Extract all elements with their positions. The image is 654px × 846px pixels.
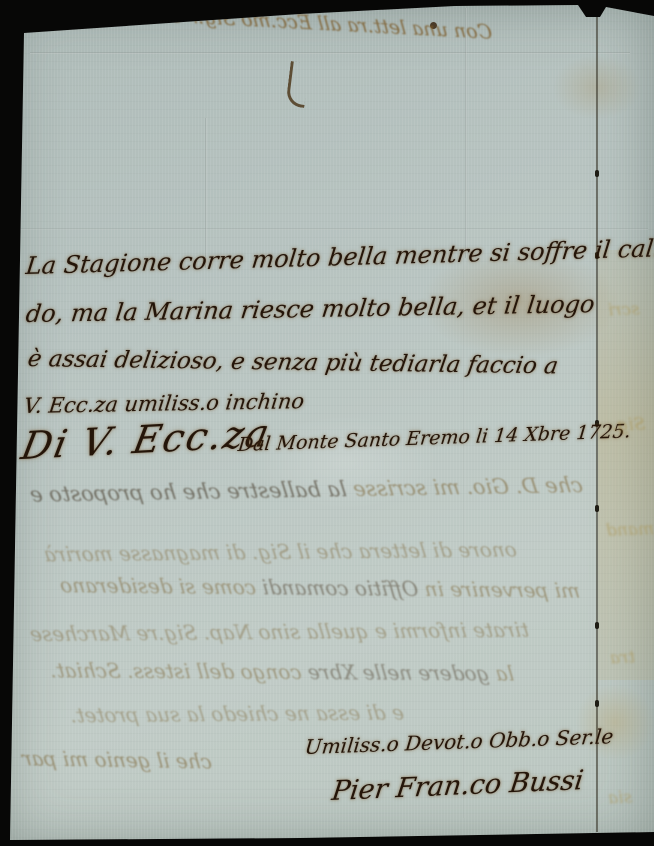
bleedthrough-fragment-dark: godere nelle Xbre [307,660,491,685]
bleedthrough-edge-fragment: sia [608,788,633,809]
bleedthrough-line: tirate informi e quella sino Nap. Sig.re… [29,618,531,646]
bleedthrough-address: Con una lett.ra all Ecc.mo Sig.r Card.le [111,2,493,44]
stitch-mark [595,700,599,707]
bleedthrough-fragment-dark: Offitio comandi [261,575,419,601]
fold-crease-horizontal [12,228,648,230]
bleedthrough-line: che il genio mi par [21,746,213,773]
bleedthrough-line: e di essa ne chiedo la sua protet. [69,701,405,728]
bleedthrough-edge-fragment: Sig. [612,414,646,435]
letter-valediction: Di V. Ecc.za [18,411,275,469]
bleedthrough-fragment: come si desiderano [59,573,263,599]
bleedthrough-line: che D. Gio. mi scrisse la ballestre che … [29,473,585,507]
fold-crease-vertical [205,118,207,268]
pen-stroke-descender [285,61,309,108]
letter-body-line: è assai delizioso, e senza più tediarla … [26,346,560,379]
letter-page: Con una lett.ra all Ecc.mo Sig.r Card.le… [0,0,654,846]
bleedthrough-fragment: la [488,661,515,685]
stitch-mark [595,622,599,629]
bleedthrough-fragment: che D. Gio. mi scrisse [345,473,584,501]
bleedthrough-fragment: congo dell istess. Schiat. [49,658,309,684]
bleedthrough-line: mi pervenire in Offitio comandi come si … [59,573,581,602]
bleedthrough-fragment-dark: la ballestre che ho proposto e [29,477,348,506]
bleedthrough-edge-fragment: mand [606,519,654,541]
bleedthrough-line: onore di lettera che il Sig. di magnasse… [43,538,518,567]
letter-body-line: do, ma la Marina riesce molto bella, et … [24,290,596,328]
letter-closing: Umiliss.o Devot.o Obb.o Ser.le [304,724,615,759]
stitch-mark [595,505,599,512]
bleedthrough-edge-fragment: scri [608,299,640,320]
stitch-mark [595,170,599,177]
fold-crease-horizontal [30,52,630,54]
bleedthrough-line: la godere nelle Xbre congo dell istess. … [49,658,515,685]
bleedthrough-edge-fragment: tra [610,648,636,669]
letter-scan: Con una lett.ra all Ecc.mo Sig.r Card.le… [0,0,654,846]
bleedthrough-fragment: mi pervenire in [417,577,581,603]
letter-body-line: La Stagione corre molto bella mentre si … [24,234,654,280]
fold-crease-vertical [465,8,467,258]
letter-dateline: Dal Monte Santo Eremo li 14 Xbre 1725. [237,420,632,456]
letter-signature: Pier Fran.co Bussi [330,765,585,807]
